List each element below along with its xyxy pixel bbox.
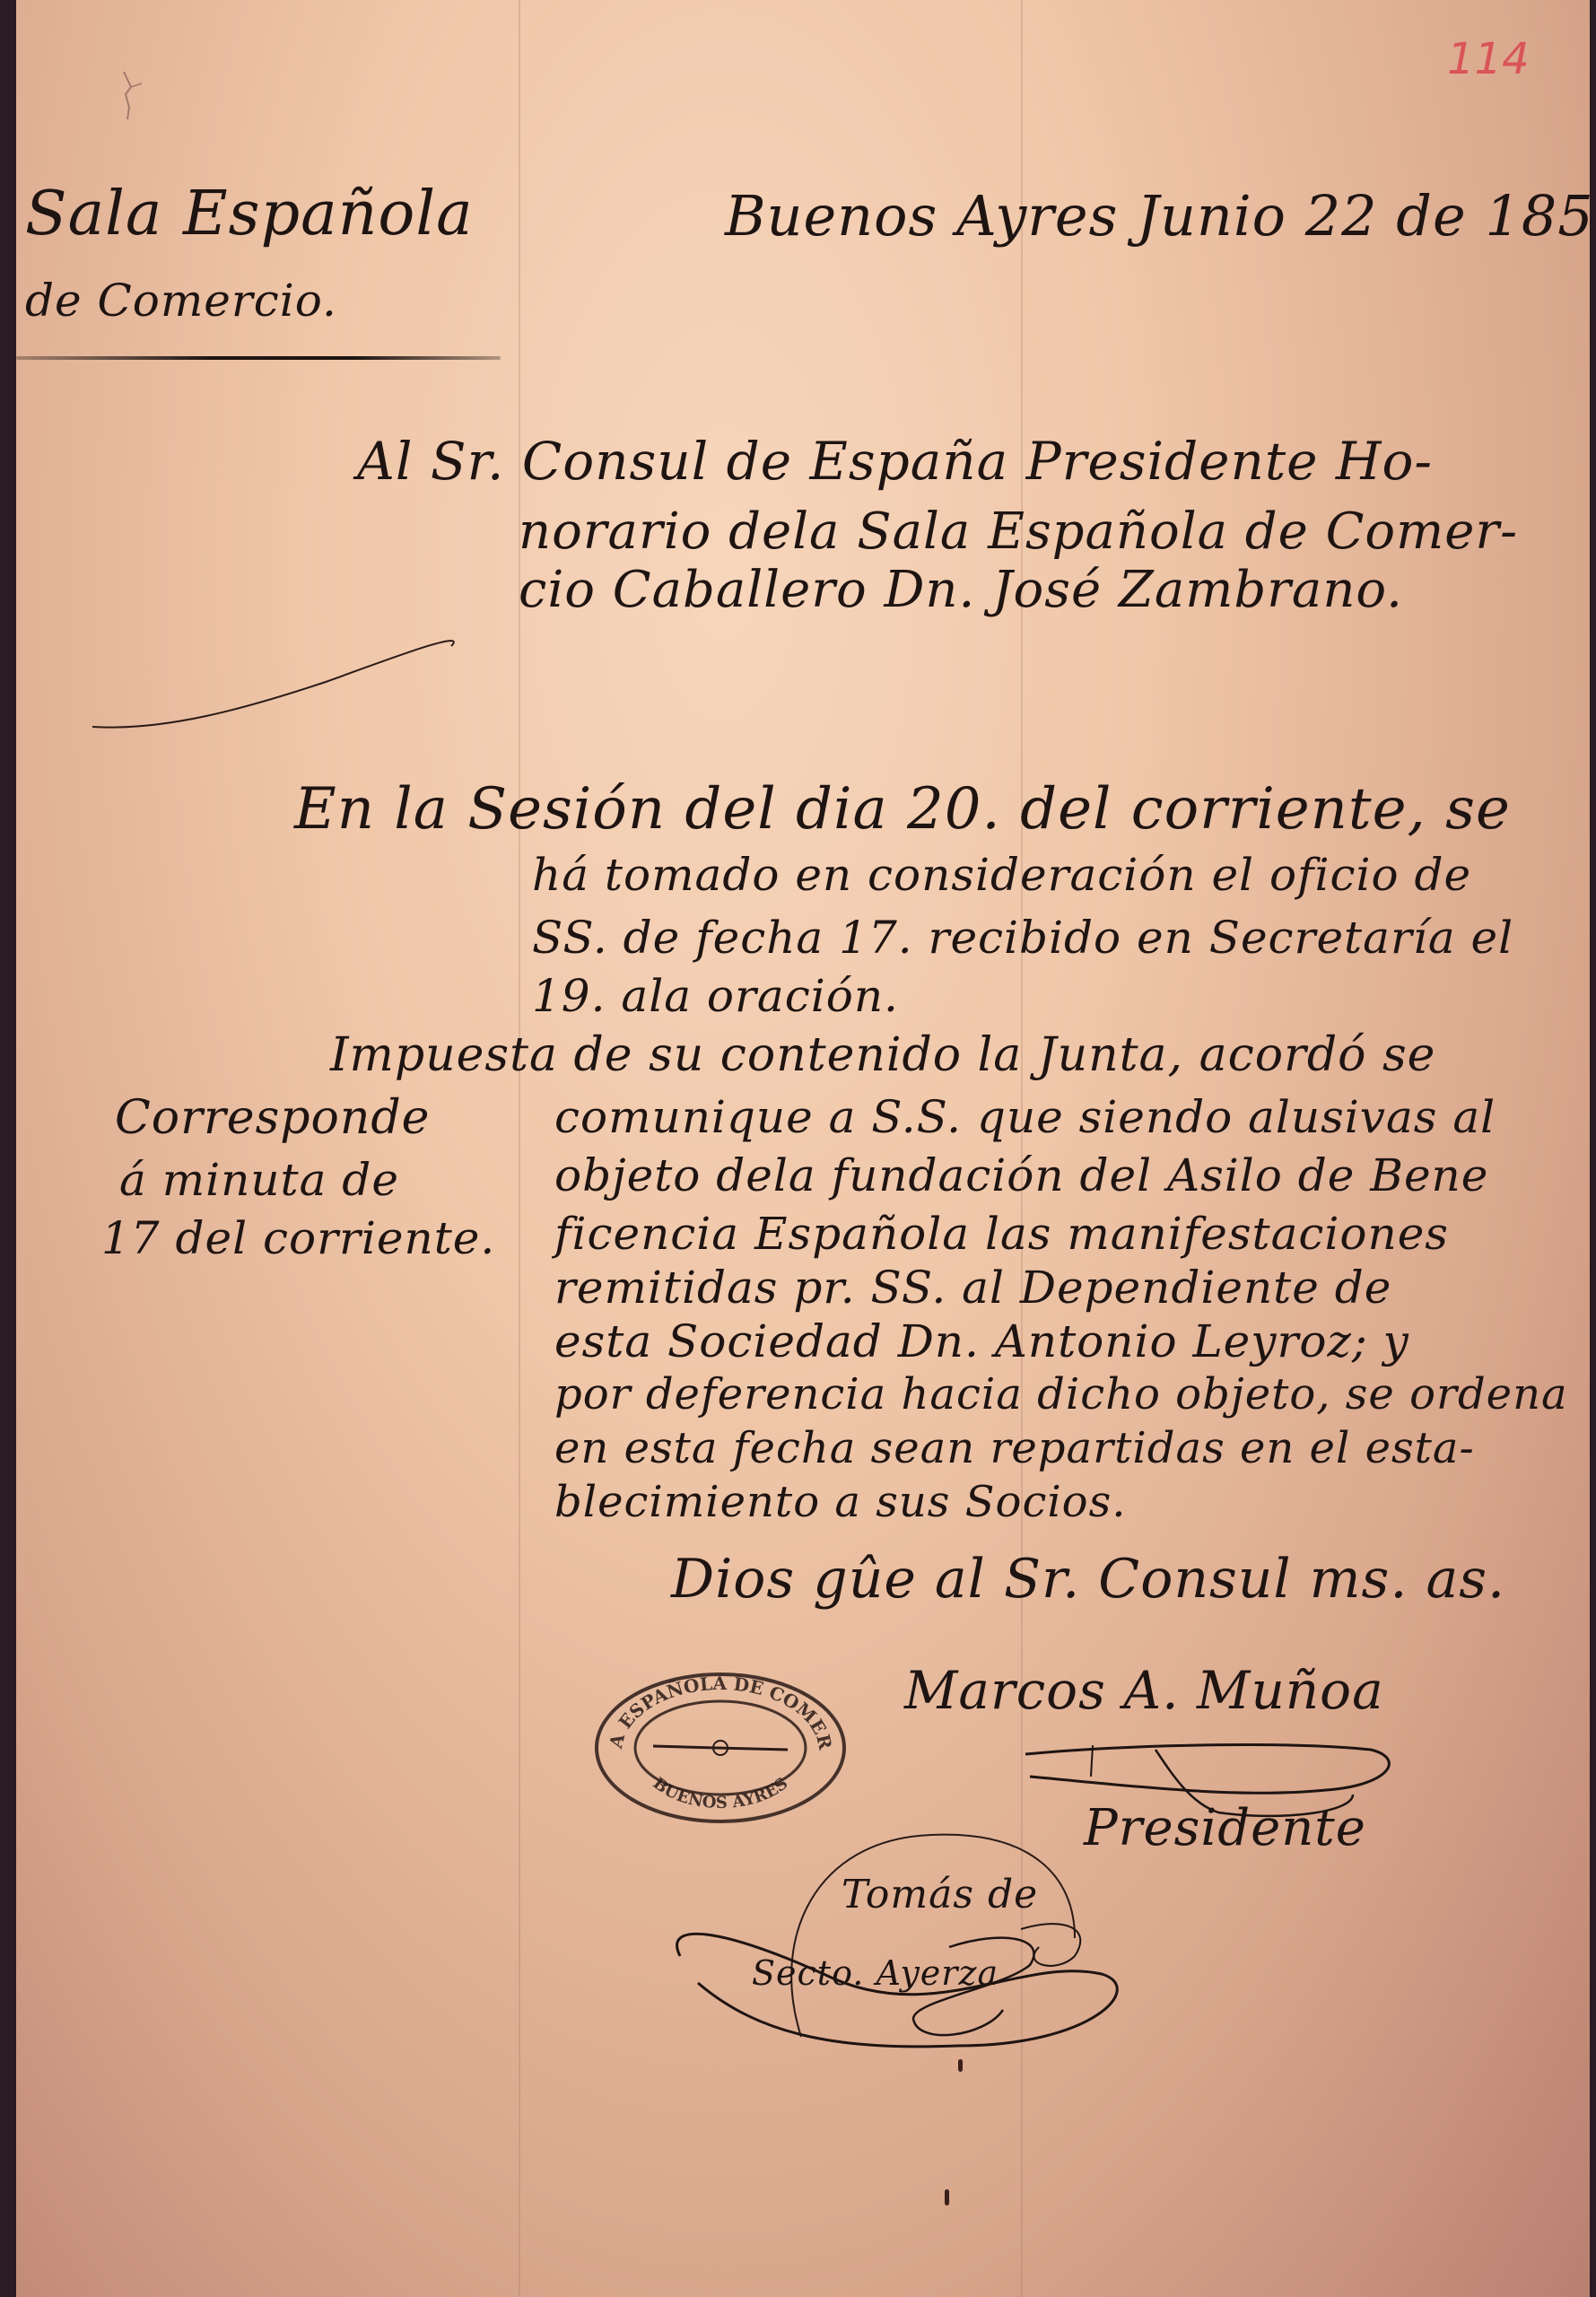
letterhead-line-2: de Comercio. xyxy=(25,278,337,323)
letterhead-line-1: Sala Española xyxy=(25,184,474,245)
document-page: 114 Sala Española de Comercio. Buenos Ay… xyxy=(16,0,1590,2297)
secretary-line-2: Secto. Ayerza xyxy=(752,1956,999,1990)
place-date: Buenos Ayres Junio 22 de 1854. xyxy=(725,188,1590,244)
addressee-line-3: cio Caballero Dn. José Zambrano. xyxy=(519,565,1403,616)
ink-spot xyxy=(945,2189,949,2205)
secretary-line-1: Tomás de xyxy=(842,1875,1038,1915)
body-line-1: En la Sesión del dia 20. del corriente, … xyxy=(294,781,1511,838)
folio-number: 114 xyxy=(1447,34,1530,84)
body-line-2: há tomado en consideración el oficio de xyxy=(532,852,1471,897)
margin-note-line-1: Corresponde xyxy=(115,1095,430,1141)
body-line-13: blecimiento a sus Socios. xyxy=(554,1480,1126,1524)
body-line-12: en esta fecha sean repartidas en el esta… xyxy=(554,1427,1475,1470)
body-line-5: Impuesta de su contenido la Junta, acord… xyxy=(330,1032,1435,1079)
addressee-line-1: Al Sr. Consul de España Presidente Ho- xyxy=(357,435,1433,487)
ink-spot xyxy=(958,2059,963,2072)
body-line-9: remitidas pr. SS. al Dependiente de xyxy=(554,1265,1391,1310)
body-line-11: por deferencia hacia dicho objeto, se or… xyxy=(554,1373,1568,1416)
body-line-6: comunique a S.S. que siendo alusivas al xyxy=(554,1095,1496,1140)
paper-fold-line xyxy=(519,0,520,2297)
society-seal: SALA ESPAÑOLA DE COMERCIO BUENOS AYRES xyxy=(590,1667,850,1829)
body-line-8: ficencia Española las manifestaciones xyxy=(554,1211,1449,1256)
paper-tear-mark xyxy=(106,67,151,121)
svg-text:SALA ESPAÑOLA DE COMERCIO: SALA ESPAÑOLA DE COMERCIO xyxy=(590,1667,836,1751)
opening-flourish xyxy=(92,628,469,736)
closing-line: Dios gûe al Sr. Consul ms. as. xyxy=(671,1552,1505,1606)
body-line-7: objeto dela fundación del Asilo de Bene xyxy=(554,1153,1488,1198)
body-line-4: 19. ala oración. xyxy=(532,974,899,1018)
body-line-3: SS. de fecha 17. recibido en Secretaría … xyxy=(532,915,1513,960)
addressee-line-2: norario dela Sala Española de Comer- xyxy=(519,507,1518,557)
margin-note-line-3: 17 del corriente. xyxy=(101,1216,495,1261)
letterhead-rule xyxy=(16,356,501,360)
body-line-10: esta Sociedad Dn. Antonio Leyroz; y xyxy=(554,1319,1409,1364)
margin-note-line-2: á minuta de xyxy=(119,1157,399,1202)
signature-name: Marcos A. Muñoa xyxy=(904,1664,1384,1716)
